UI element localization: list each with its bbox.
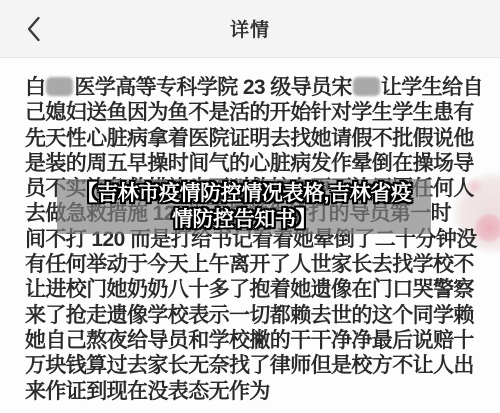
text-line: 是装的周五早操时间气的心脏病发作晕倒在操场导 [25,151,475,176]
censored-name-blob [46,77,73,96]
details-page: 详情 白医学高等专科学院 23 级导员宋让学生给自 己媳妇送鱼因为鱼不是活的开始… [0,0,500,413]
header-bar: 详情 [0,0,500,58]
text-line: 白医学高等专科学院 23 级导员宋让学生给自 [25,75,475,100]
text-line: 己媳妇送鱼因为鱼不是活的开始针对学生学生患有 [25,100,475,125]
text-line: 来了抢走遗像学校表示一切都赖去世的这个同学赖 [25,303,475,328]
text-line: 先天性心脏病拿着医院证明去找她请假不批假说他 [25,126,475,151]
censored-name-blob [353,77,380,96]
text-fragment: 让学生给自 [381,76,483,99]
chevron-left-icon [25,15,42,43]
text-line: 让进校门她奶奶八十多了抱着她遗像在门口哭警察 [25,277,475,302]
text-fragment: 白 [25,76,45,99]
back-button[interactable] [16,12,50,46]
text-line: 她自己熬夜给导员和学校撇的干干净净最后说赔十 [25,328,475,353]
caption-line-2: 情防控告知书】 [172,207,316,233]
caption-line-1: 【吉林市疫情防控情况表格,吉林省疫 [76,181,411,207]
text-line: 有任何举动于今天上午离开了人世家长去找学校不 [25,252,475,277]
text-line: 来作证到现在没表态无作为 [25,379,475,404]
caption-overlay: 【吉林市疫情防控情况表格,吉林省疫 情防控告知书】 [57,179,431,234]
text-fragment: 医学高等专科学院 23 级导员宋 [74,76,351,99]
page-title: 详情 [230,15,270,42]
text-line: 万块钱算过去家长无奈找了律师但是校方不让人出 [25,353,475,378]
